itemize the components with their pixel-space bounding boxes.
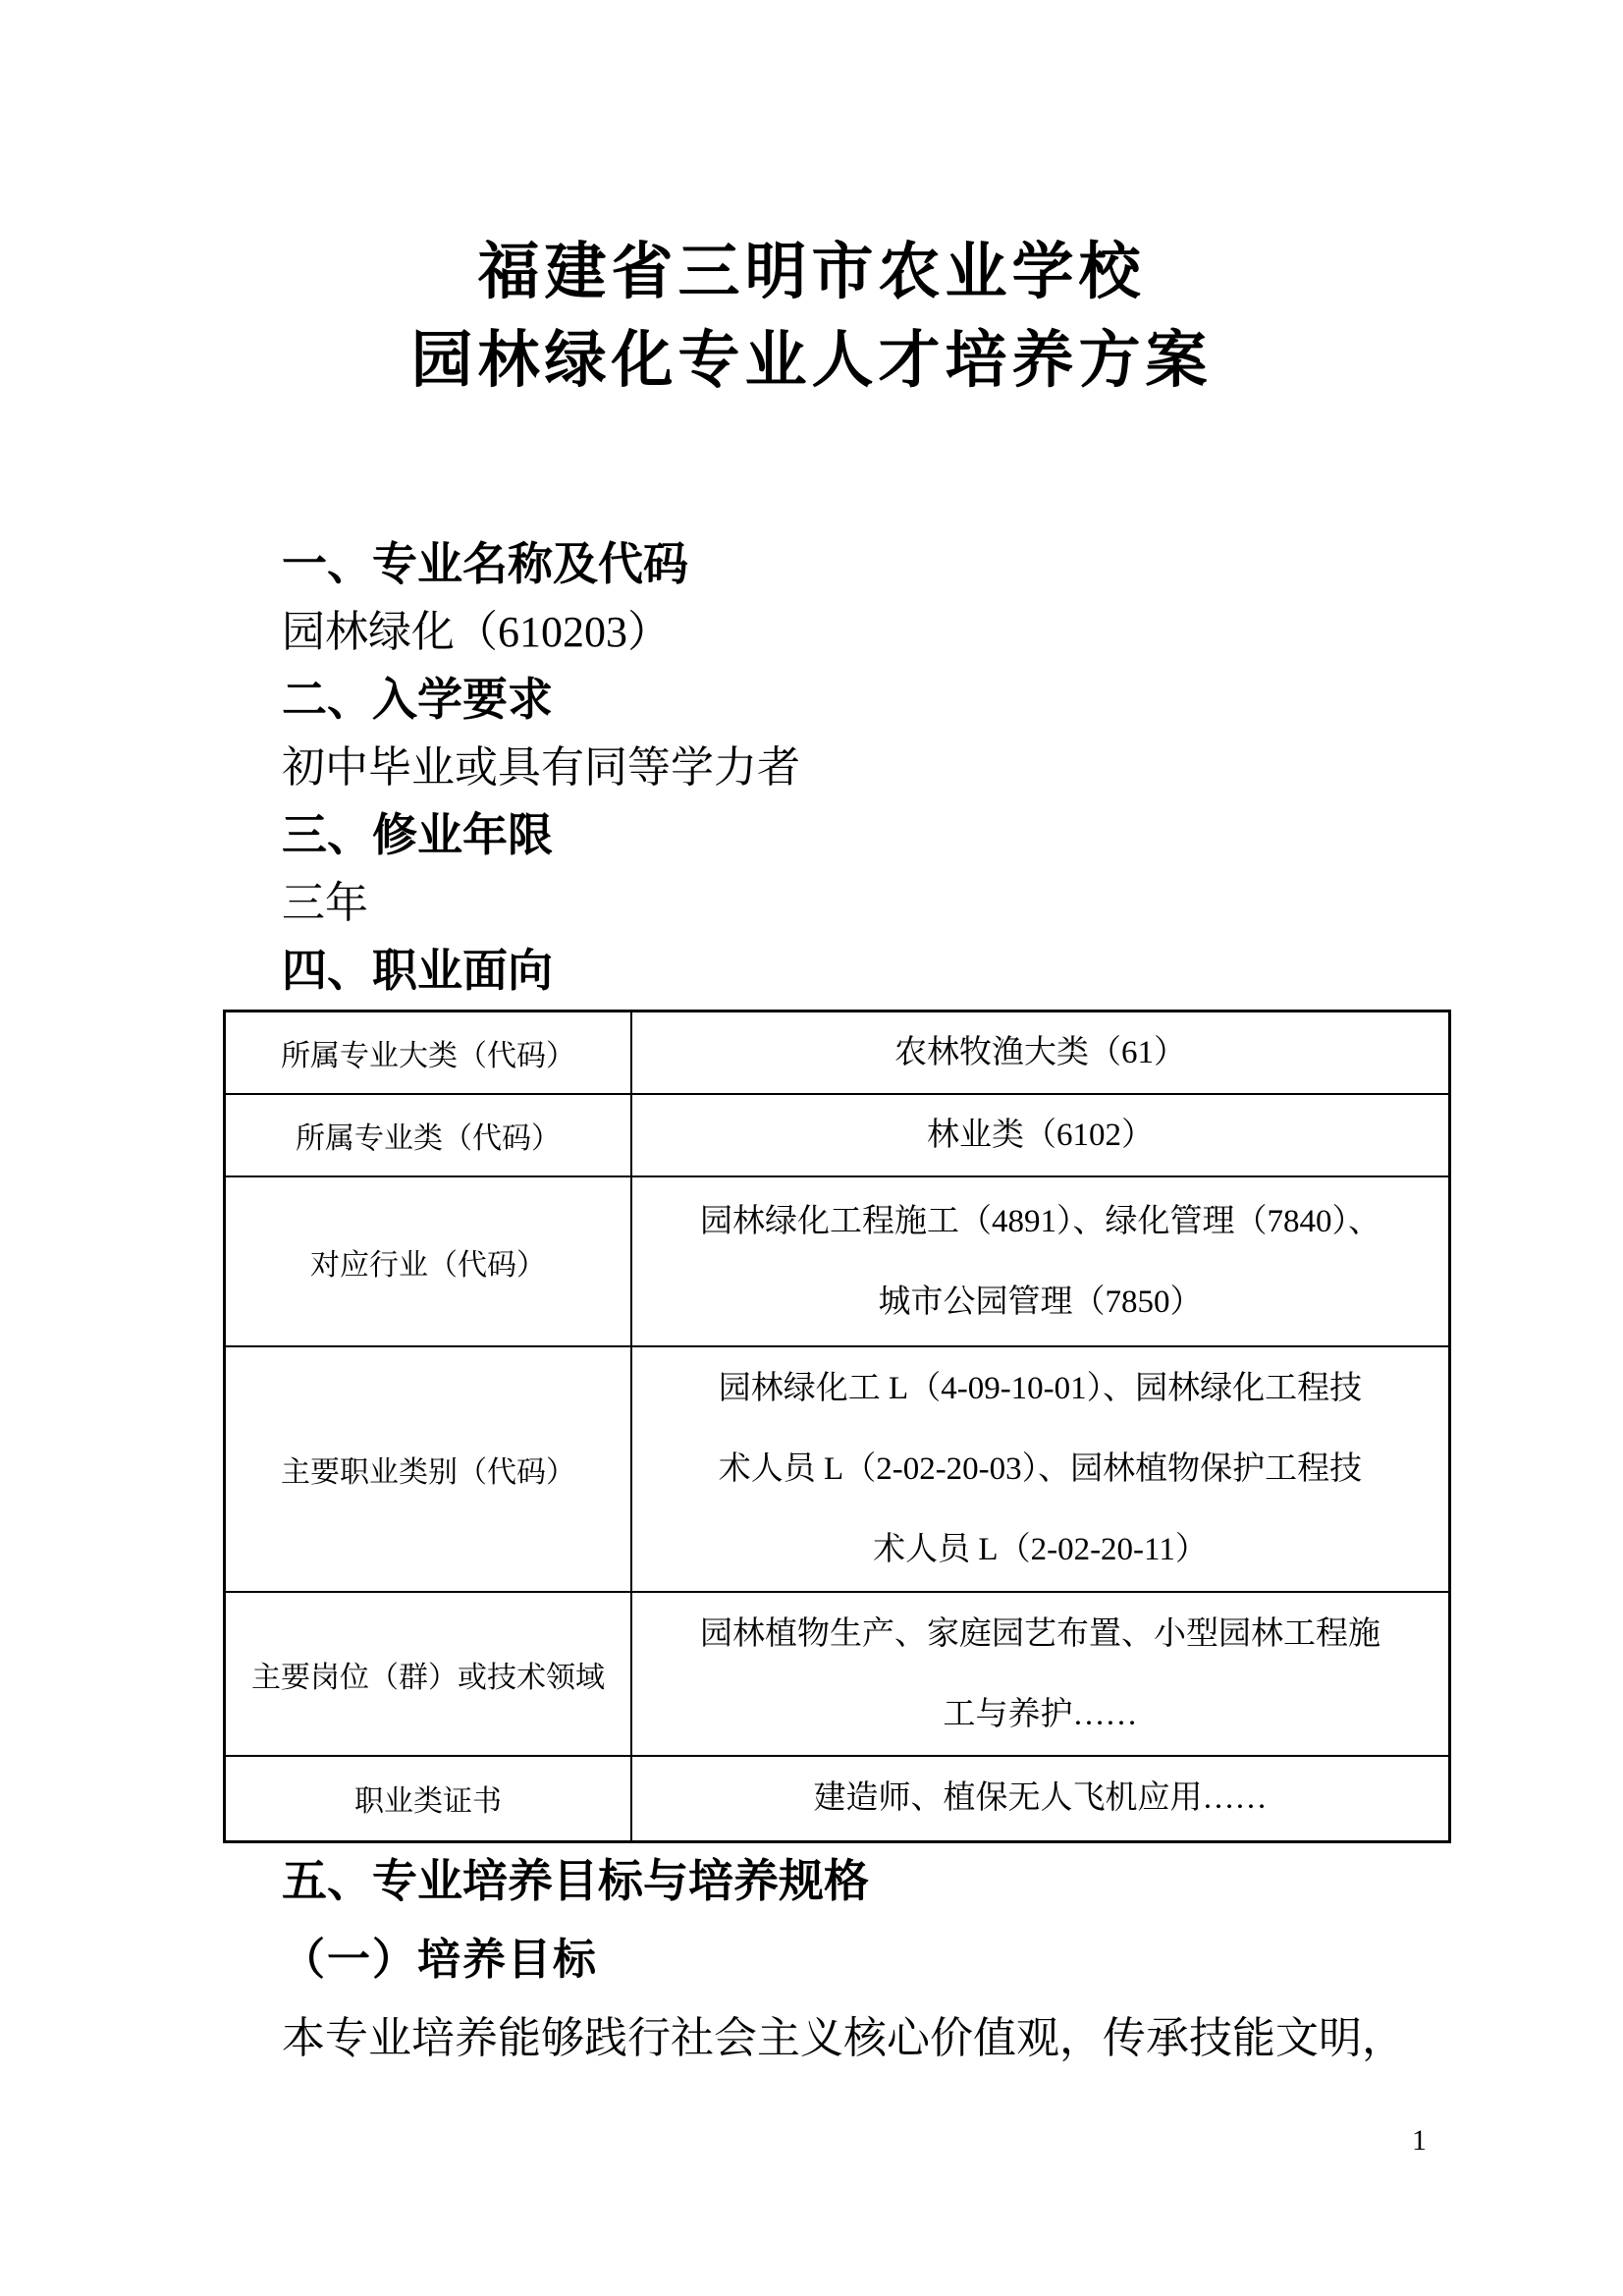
row-value-line: 术人员 L（2-02-20-03）、园林植物保护工程技 xyxy=(632,1429,1448,1509)
table-row: 所属专业大类（代码） 农林牧渔大类（61） xyxy=(225,1011,1450,1095)
row-value-line: 园林植物生产、家庭园艺布置、小型园林工程施 xyxy=(632,1594,1448,1674)
document-page: 福建省三明市农业学校 园林绿化专业人才培养方案 一、专业名称及代码 园林绿化（6… xyxy=(0,0,1623,2296)
career-orientation-table: 所属专业大类（代码） 农林牧渔大类（61） 所属专业类（代码） 林业类（6102… xyxy=(223,1010,1451,1843)
row-value-line: 林业类（6102） xyxy=(632,1095,1448,1175)
row-value-line: 工与养护…… xyxy=(632,1674,1448,1755)
table-row: 所属专业类（代码） 林业类（6102） xyxy=(225,1094,1450,1176)
row-label-cell: 职业类证书 xyxy=(225,1756,632,1841)
section-heading-2: 二、入学要求 xyxy=(282,666,1440,734)
row-label-cell: 主要职业类别（代码） xyxy=(225,1346,632,1592)
table-row: 职业类证书 建造师、植保无人飞机应用…… xyxy=(225,1756,1450,1841)
study-duration: 三年 xyxy=(282,869,1440,937)
row-label-cell: 对应行业（代码） xyxy=(225,1176,632,1346)
training-objective-paragraph: 本专业培养能够践行社会主义核心价值观，传承技能文明， xyxy=(282,1999,1440,2078)
row-value-line: 园林绿化工程施工（4891）、绿化管理（7840）、 xyxy=(632,1181,1448,1262)
document-title-line-2: 园林绿化专业人才培养方案 xyxy=(0,316,1623,405)
row-value-cell: 农林牧渔大类（61） xyxy=(631,1011,1450,1095)
row-value-line: 建造师、植保无人飞机应用…… xyxy=(632,1758,1448,1838)
document-title-line-1: 福建省三明市农业学校 xyxy=(0,228,1623,316)
row-value-cell: 园林植物生产、家庭园艺布置、小型园林工程施 工与养护…… xyxy=(631,1592,1450,1756)
page-number: 1 xyxy=(1412,2124,1427,2158)
section-heading-4: 四、职业面向 xyxy=(282,937,1440,1005)
major-name-code: 园林绿化（610203） xyxy=(282,598,1440,666)
row-label-cell: 所属专业类（代码） xyxy=(225,1094,632,1176)
row-value-line: 术人员 L（2-02-20-11） xyxy=(632,1509,1448,1590)
section-heading-1: 一、专业名称及代码 xyxy=(282,530,1440,598)
outro-section: 五、专业培养目标与培养规格 （一）培养目标 本专业培养能够践行社会主义核心价值观… xyxy=(282,1842,1440,2078)
row-value-line: 城市公园管理（7850） xyxy=(632,1262,1448,1342)
row-value-cell: 园林绿化工程施工（4891）、绿化管理（7840）、 城市公园管理（7850） xyxy=(631,1176,1450,1346)
table-row: 对应行业（代码） 园林绿化工程施工（4891）、绿化管理（7840）、 城市公园… xyxy=(225,1176,1450,1346)
document-title: 福建省三明市农业学校 园林绿化专业人才培养方案 xyxy=(0,228,1623,405)
section-heading-3: 三、修业年限 xyxy=(282,801,1440,869)
row-value-cell: 建造师、植保无人飞机应用…… xyxy=(631,1756,1450,1841)
row-value-line: 园林绿化工 L（4-09-10-01）、园林绿化工程技 xyxy=(632,1348,1448,1429)
table-row: 主要职业类别（代码） 园林绿化工 L（4-09-10-01）、园林绿化工程技 术… xyxy=(225,1346,1450,1592)
row-label-cell: 主要岗位（群）或技术领域 xyxy=(225,1592,632,1756)
table-row: 主要岗位（群）或技术领域 园林植物生产、家庭园艺布置、小型园林工程施 工与养护…… xyxy=(225,1592,1450,1756)
entry-requirement: 初中毕业或具有同等学力者 xyxy=(282,734,1440,801)
row-value-cell: 园林绿化工 L（4-09-10-01）、园林绿化工程技 术人员 L（2-02-2… xyxy=(631,1346,1450,1592)
row-value-cell: 林业类（6102） xyxy=(631,1094,1450,1176)
subsection-heading-training-objective: （一）培养目标 xyxy=(282,1921,1440,1999)
row-label-cell: 所属专业大类（代码） xyxy=(225,1011,632,1095)
row-value-line: 农林牧渔大类（61） xyxy=(632,1012,1448,1093)
section-heading-5: 五、专业培养目标与培养规格 xyxy=(282,1842,1440,1921)
intro-section: 一、专业名称及代码 园林绿化（610203） 二、入学要求 初中毕业或具有同等学… xyxy=(282,530,1440,1005)
